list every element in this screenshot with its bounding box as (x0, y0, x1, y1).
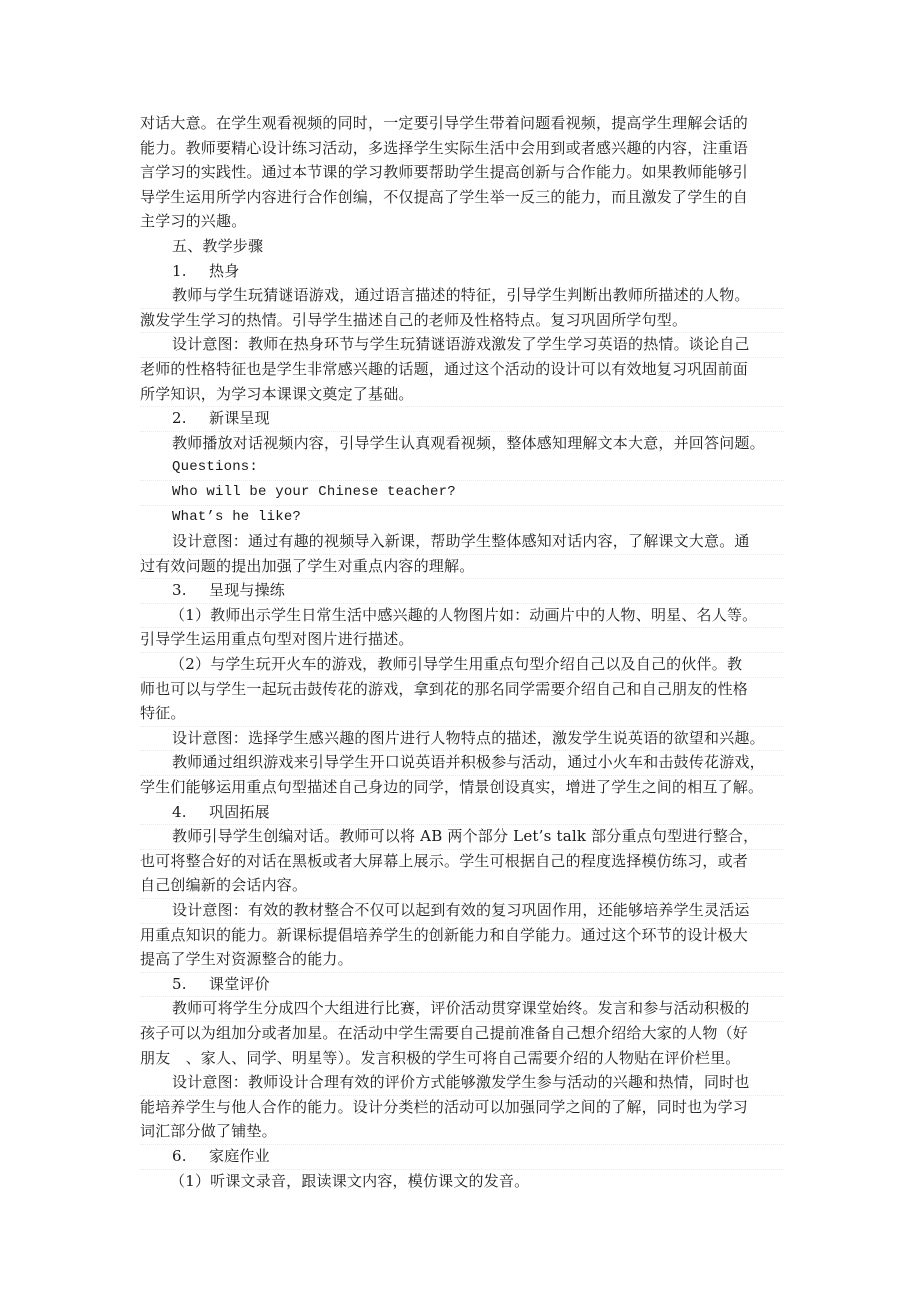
design-intent-line: 设计意图：选择学生感兴趣的图片进行人物特点的描述，激发学生说英语的欲望和兴趣。 (140, 727, 784, 752)
step-heading: 1.热身 (140, 260, 784, 285)
step-title: 家庭作业 (209, 1147, 270, 1165)
design-intent-line: 设计意图：有效的教材整合不仅可以起到有效的复习巩固作用，还能够培养学生灵活运 (140, 899, 784, 924)
paragraph-line: （2）与学生玩开火车的游戏，教师引导学生用重点句型介绍自己以及自己的伙伴。教 (140, 653, 784, 678)
design-intent-line: 老师的性格特征也是学生非常感兴趣的话题，通过这个活动的设计可以有效地复习巩固前面 (140, 358, 784, 383)
intro-line: 对话大意。在学生观看视频的同时，一定要引导学生带着问题看视频，提高学生理解会话的 (140, 112, 784, 137)
document-page: 对话大意。在学生观看视频的同时，一定要引导学生带着问题看视频，提高学生理解会话的… (140, 112, 784, 1194)
paragraph-line: 自己创编新的会话内容。 (140, 874, 784, 899)
design-intent-line: 所学知识，为学习本课课文奠定了基础。 (140, 383, 784, 408)
intro-line: 导学生运用所学内容进行合作创编，不仅提高了学生举一反三的能力，而且激发了学生的自 (140, 186, 784, 211)
paragraph-line: 教师引导学生创编对话。教师可以将 AB 两个部分 Let’s talk 部分重点… (140, 825, 784, 850)
design-intent-line: 用重点知识的能力。新课标提倡培养学生的创新能力和自学能力。通过这个环节的设计极大 (140, 924, 784, 949)
paragraph-line: 引导学生运用重点句型对图片进行描述。 (140, 628, 784, 653)
intro-line: 主学习的兴趣。 (140, 210, 784, 235)
question-line: Who will be your Chinese teacher? (140, 481, 784, 506)
paragraph-line: 特征。 (140, 702, 784, 727)
design-intent-line: 过有效问题的提出加强了学生对重点内容的理解。 (140, 555, 784, 580)
step-heading: 5.课堂评价 (140, 973, 784, 998)
question-line: What’s he like? (140, 506, 784, 531)
paragraph-line: 孩子可以为组加分或者加星。在活动中学生需要自己提前准备自己想介绍给大家的人物（好 (140, 1022, 784, 1047)
design-intent-line: 设计意图：通过有趣的视频导入新课，帮助学生整体感知对话内容，了解课文大意。通 (140, 530, 784, 555)
step-title: 热身 (209, 262, 239, 280)
paragraph-line: 教师播放对话视频内容，引导学生认真观看视频，整体感知理解文本大意，并回答问题。 (140, 432, 784, 457)
step-title: 课堂评价 (209, 975, 270, 993)
paragraph-line: 教师可将学生分成四个大组进行比赛，评价活动贯穿课堂始终。发言和参与活动积极的 (140, 997, 784, 1022)
step-heading: 4.巩固拓展 (140, 801, 784, 826)
step-title: 巩固拓展 (209, 803, 270, 821)
step-heading: 3.呈现与操练 (140, 579, 784, 604)
step-heading: 2.新课呈现 (140, 407, 784, 432)
paragraph-line: （1）教师出示学生日常生活中感兴趣的人物图片如：动画片中的人物、明星、名人等。 (140, 604, 784, 629)
intro-line: 能力。教师要精心设计练习活动，多选择学生实际生活中会用到或者感兴趣的内容，注重语 (140, 137, 784, 162)
step-title: 新课呈现 (209, 409, 270, 427)
section-heading: 五、教学步骤 (140, 235, 784, 260)
design-intent-line: 设计意图：教师设计合理有效的评价方式能够激发学生参与活动的兴趣和热情，同时也 (140, 1071, 784, 1096)
paragraph-line: 也可将整合好的对话在黑板或者大屏幕上展示。学生可根据自己的程度选择模仿练习，或者 (140, 850, 784, 875)
questions-label: Questions: (140, 456, 784, 481)
paragraph-line: 教师与学生玩猜谜语游戏，通过语言描述的特征，引导学生判断出教师所描述的人物。 (140, 284, 784, 309)
step-number: 5. (172, 973, 209, 997)
design-intent-line: 学生们能够运用重点句型描述自己身边的同学，情景创设真实，增进了学生之间的相互了解… (140, 776, 784, 801)
paragraph-line: （1）听课文录音，跟读课文内容，模仿课文的发音。 (140, 1170, 784, 1195)
step-title: 呈现与操练 (209, 581, 285, 599)
step-number: 4. (172, 801, 209, 825)
step-heading: 6.家庭作业 (140, 1145, 784, 1170)
step-number: 6. (172, 1145, 209, 1169)
step-number: 2. (172, 407, 209, 431)
design-intent-line: 词汇部分做了铺垫。 (140, 1120, 784, 1145)
paragraph-line: 朋友 、家人、同学、明星等）。发言积极的学生可将自己需要介绍的人物贴在评价栏里。 (140, 1047, 784, 1072)
design-intent-line: 设计意图：教师在热身环节与学生玩猜谜语游戏激发了学生学习英语的热情。谈论自己 (140, 333, 784, 358)
design-intent-line: 能培养学生与他人合作的能力。设计分类栏的活动可以加强同学之间的了解，同时也为学习 (140, 1096, 784, 1121)
step-number: 1. (172, 260, 209, 284)
step-number: 3. (172, 579, 209, 603)
design-intent-line: 提高了学生对资源整合的能力。 (140, 948, 784, 973)
design-intent-line: 教师通过组织游戏来引导学生开口说英语并积极参与活动，通过小火车和击鼓传花游戏， (140, 751, 784, 776)
paragraph-line: 激发学生学习的热情。引导学生描述自己的老师及性格特点。复习巩固所学句型。 (140, 309, 784, 334)
paragraph-line: 师也可以与学生一起玩击鼓传花的游戏，拿到花的那名同学需要介绍自己和自己朋友的性格 (140, 678, 784, 703)
intro-line: 言学习的实践性。通过本节课的学习教师要帮助学生提高创新与合作能力。如果教师能够引 (140, 161, 784, 186)
